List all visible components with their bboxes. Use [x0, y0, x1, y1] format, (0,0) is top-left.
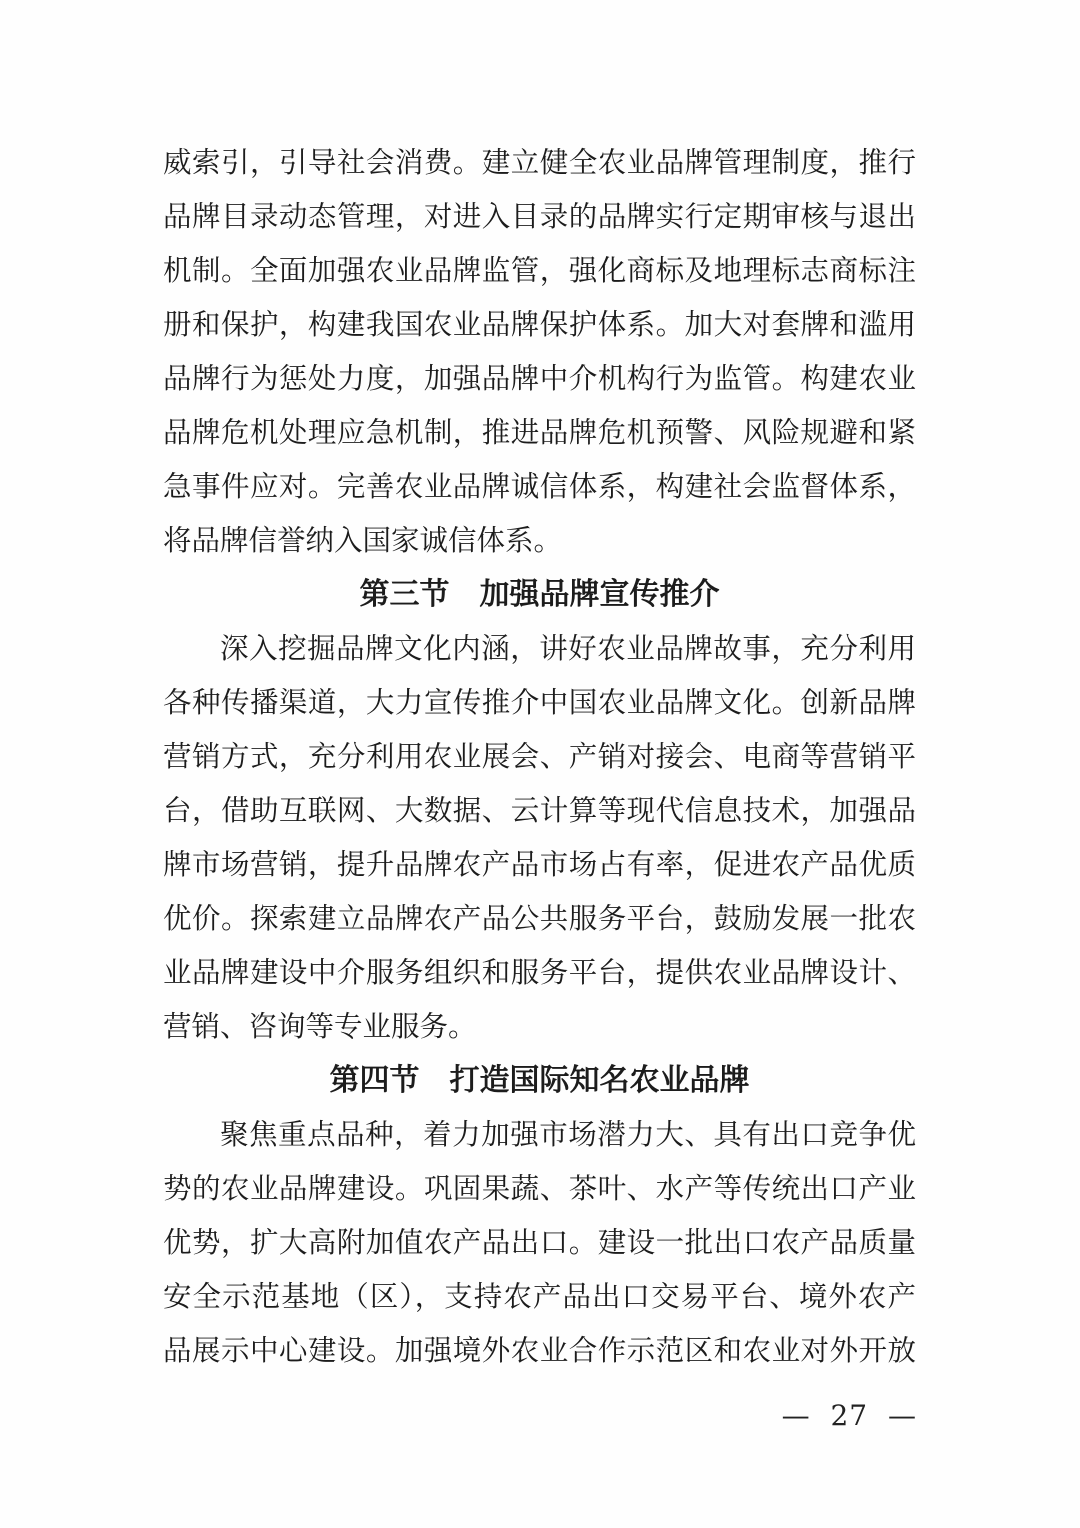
page-number: — 27 —	[782, 1398, 917, 1434]
text-line: 深入挖掘品牌文化内涵，讲好农业品牌故事，充分利用	[163, 622, 916, 676]
text-line: 品牌目录动态管理，对进入目录的品牌实行定期审核与退出	[163, 190, 916, 244]
text-line: 优价。探索建立品牌农产品公共服务平台，鼓励发展一批农	[163, 892, 916, 946]
text-line: 册和保护，构建我国农业品牌保护体系。加大对套牌和滥用	[163, 298, 916, 352]
text-line: 台，借助互联网、大数据、云计算等现代信息技术，加强品	[163, 784, 916, 838]
text-line: 威索引，引导社会消费。建立健全农业品牌管理制度，推行	[163, 136, 916, 190]
text-line: 营销、咨询等专业服务。	[163, 1000, 916, 1054]
text-line: 品展示中心建设。加强境外农业合作示范区和农业对外开放	[163, 1324, 916, 1378]
document-body: 威索引，引导社会消费。建立健全农业品牌管理制度，推行 品牌目录动态管理，对进入目…	[163, 136, 916, 1378]
section-heading-4: 第四节 打造国际知名农业品牌	[163, 1054, 916, 1108]
text-line: 机制。全面加强农业品牌监管，强化商标及地理标志商标注	[163, 244, 916, 298]
section-heading-3: 第三节 加强品牌宣传推介	[163, 568, 916, 622]
text-line: 聚焦重点品种，着力加强市场潜力大、具有出口竞争优	[163, 1108, 916, 1162]
text-line: 品牌危机处理应急机制，推进品牌危机预警、风险规避和紧	[163, 406, 916, 460]
text-line: 急事件应对。完善农业品牌诚信体系，构建社会监督体系，	[163, 460, 916, 514]
text-line: 安全示范基地（区），支持农产品出口交易平台、境外农产	[163, 1270, 916, 1324]
text-line: 牌市场营销，提升品牌农产品市场占有率，促进农产品优质	[163, 838, 916, 892]
document-page: 威索引，引导社会消费。建立健全农业品牌管理制度，推行 品牌目录动态管理，对进入目…	[0, 0, 1080, 1528]
text-line: 将品牌信誉纳入国家诚信体系。	[163, 514, 916, 568]
text-line: 业品牌建设中介服务组织和服务平台，提供农业品牌设计、	[163, 946, 916, 1000]
text-line: 势的农业品牌建设。巩固果蔬、茶叶、水产等传统出口产业	[163, 1162, 916, 1216]
text-line: 品牌行为惩处力度，加强品牌中介机构行为监管。构建农业	[163, 352, 916, 406]
text-line: 营销方式，充分利用农业展会、产销对接会、电商等营销平	[163, 730, 916, 784]
text-line: 优势，扩大高附加值农产品出口。建设一批出口农产品质量	[163, 1216, 916, 1270]
text-line: 各种传播渠道，大力宣传推介中国农业品牌文化。创新品牌	[163, 676, 916, 730]
